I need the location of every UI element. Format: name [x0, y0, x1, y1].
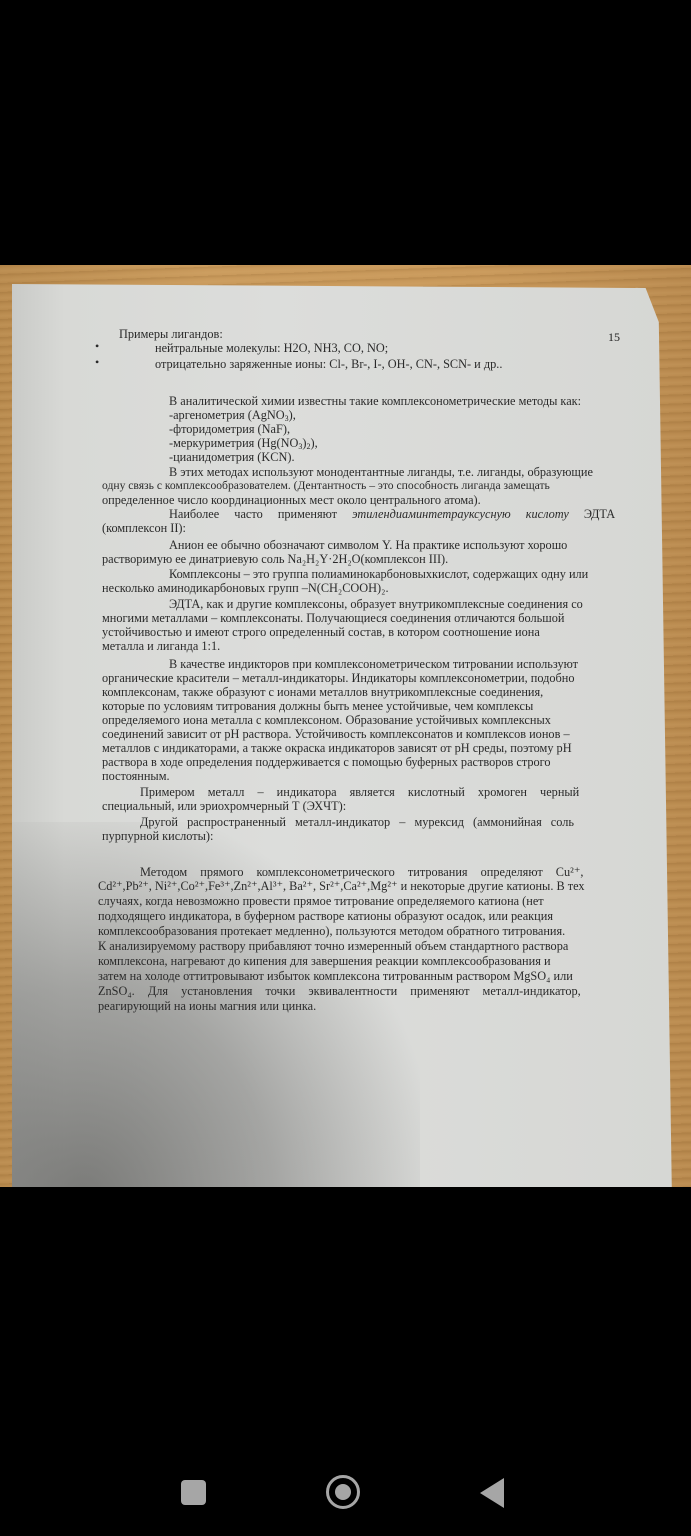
page-text: 15 Примеры лигандов: • нейтральные молек… [12, 282, 672, 1187]
method-fluoridometry: -фторидометрия (NaF), [169, 422, 290, 436]
android-navigation-bar [0, 1440, 691, 1536]
bullet-negative-ions: отрицательно заряженные ионы: Cl-, Br-, … [155, 357, 502, 371]
indicators-line-4: которые по условиям титрования должны бы… [102, 699, 533, 713]
anion-line-2: растворимую ее динатриевую соль Na₂H₂Y·2… [102, 552, 448, 566]
direct-titration-line-1: Методом прямого комплексонометрического … [140, 865, 583, 879]
murexide-line-1: Другой распространенный металл-индикатор… [140, 815, 574, 829]
example-line-1: Примером металл – индикатора является ки… [140, 785, 579, 799]
indicators-line-9: постоянным. [102, 769, 170, 783]
bullet-neutral-molecules: нейтральные молекулы: H2O, NH3, CO, NO; [155, 341, 388, 355]
method-argenometry: -аргенометрия (AgNO3), [169, 408, 296, 422]
edta-metals-line-4: металла и лиганда 1:1. [102, 639, 220, 653]
ligands-heading: Примеры лигандов: [119, 327, 223, 341]
square-recents-icon[interactable] [181, 1480, 206, 1505]
indicators-line-7: металлов с индикаторами, а также окраска… [102, 741, 572, 755]
page-number: 15 [608, 330, 620, 344]
methods-intro: В аналитической химии известны такие ком… [169, 394, 581, 408]
monodentate-line-1: В этих методах используют монодентантные… [169, 465, 593, 479]
indicators-line-5: определяемого иона металла с комплексоно… [102, 713, 551, 727]
direct-titration-line-4: подходящего индикатора, в буферном раств… [98, 909, 553, 923]
direct-titration-line-10: реагирующий на ионы магния или цинка. [98, 999, 316, 1013]
indicators-line-3: комплексонам, также образуют с ионами ме… [102, 685, 543, 699]
monodentate-line-3: определенное число координационных мест … [102, 493, 481, 507]
edta-metals-line-1: ЭДТА, как и другие комплексоны, образует… [169, 597, 583, 611]
direct-titration-line-9: ZnSO₄. Для установления точки эквивалент… [98, 984, 581, 998]
indicators-line-2: органические красители – металл-индикато… [102, 671, 575, 685]
triangle-back-icon[interactable] [480, 1478, 504, 1508]
direct-titration-line-3: случаях, когда невозможно провести прямо… [98, 894, 544, 908]
complexones-line-2: несколько аминодикарбоновых групп –N(CH₂… [102, 581, 389, 595]
edta-line-1: Наиболее часто применяют этилендиаминтет… [169, 507, 615, 521]
indicators-line-1: В качестве индикторов при комплексономет… [169, 657, 578, 671]
home-inner-dot [335, 1484, 351, 1500]
edta-metals-line-3: устойчивостью и имеют строго определенны… [102, 625, 540, 639]
indicators-line-6: соединений зависит от pH раствора. Устой… [102, 727, 570, 741]
direct-titration-line-5: комплексообразования протекает медленно)… [98, 924, 565, 938]
complexones-line-1: Комплексоны – это группа полиаминокарбон… [169, 567, 588, 581]
bullet-dot: • [95, 355, 99, 369]
monodentate-line-2: одну связь с комплексообразователем. (Де… [102, 479, 550, 493]
direct-titration-line-7: комплексона, нагревают до кипения для за… [98, 954, 551, 968]
method-mercurimetry: -меркуриметрия (Hg(NO3)2), [169, 436, 318, 450]
circle-home-icon[interactable] [326, 1475, 360, 1509]
murexide-line-2: пурпурной кислоты): [102, 829, 213, 843]
example-line-2: специальный, или эриохромчерный Т (ЭХЧТ)… [102, 799, 346, 813]
edta-line-2: (комплексон II): [102, 521, 186, 535]
bullet-dot: • [95, 339, 99, 353]
direct-titration-line-6: К анализируемому раствору прибавляют точ… [98, 939, 568, 953]
direct-titration-line-2: Cd²⁺,Pb²⁺, Ni²⁺,Co²⁺,Fe³⁺,Zn²⁺,Al³⁺, Ba²… [98, 879, 585, 893]
edta-metals-line-2: многими металлами – комплексонаты. Получ… [102, 611, 564, 625]
anion-line-1: Анион ее обычно обозначают символом Y. Н… [169, 538, 567, 552]
direct-titration-line-8: затем на холоде оттитровывают избыток ко… [98, 969, 573, 983]
method-cyanidometry: -цианидометрия (KCN). [169, 450, 295, 464]
document-photo: 15 Примеры лигандов: • нейтральные молек… [0, 265, 691, 1187]
paper-sheet: 15 Примеры лигандов: • нейтральные молек… [12, 282, 672, 1187]
indicators-line-8: раствора в ходе определения поддерживает… [102, 755, 551, 769]
